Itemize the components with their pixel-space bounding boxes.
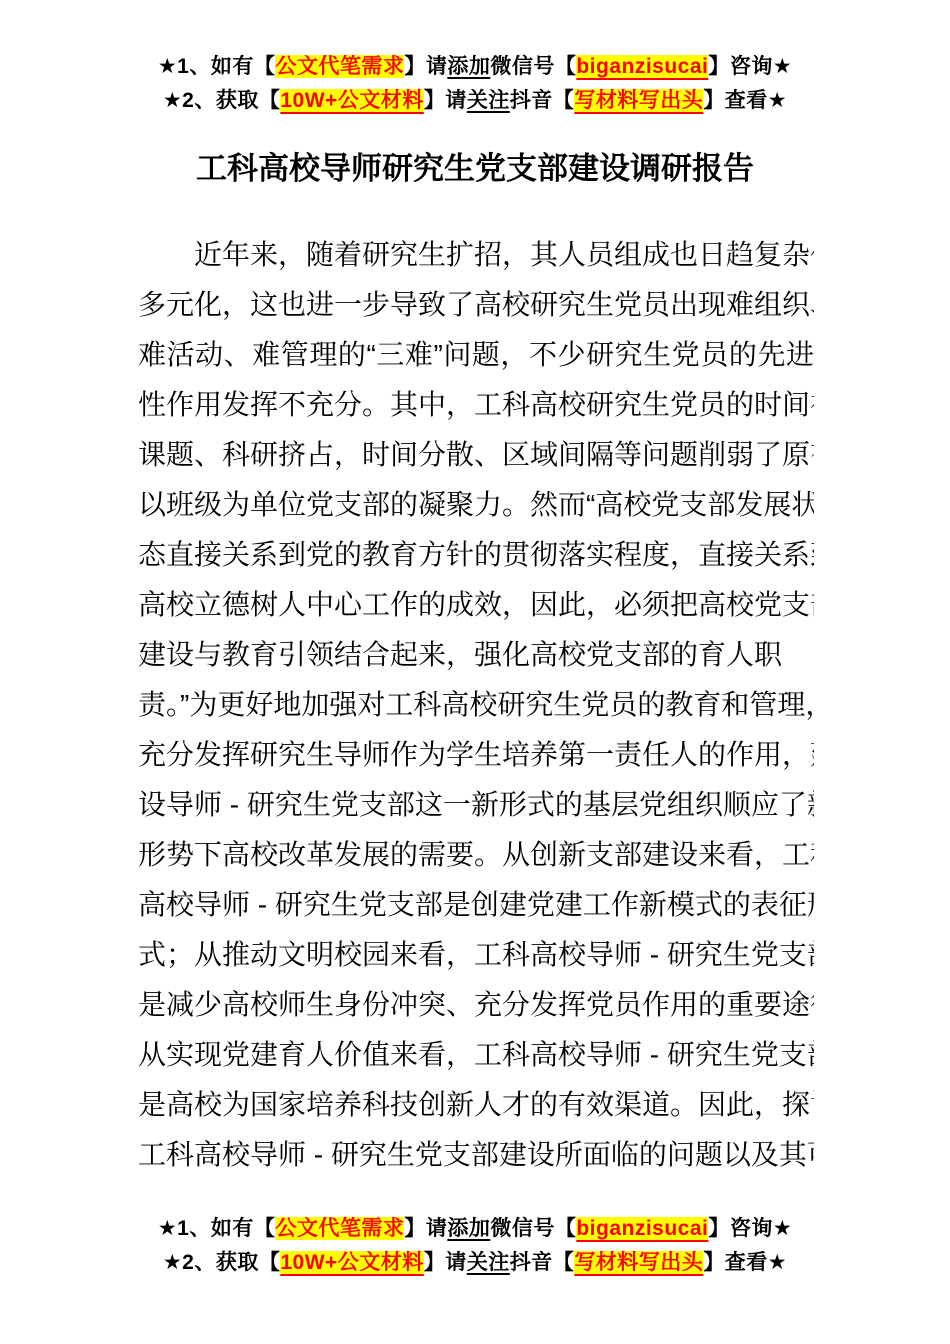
promo-text: 】咨询★ (708, 55, 792, 78)
promo-text: ★1、如有【 (158, 55, 276, 78)
body-line: 性作用发挥不充分。其中，工科高校研究生党员的时间被 (138, 380, 814, 430)
body-line: 从实现党建育人价值来看，工科高校导师 - 研究生党支部 (138, 1030, 814, 1080)
promo-douyin-id: 写材料写出头 (574, 89, 703, 112)
promo-highlight-text: 公文代笔需求 (275, 1217, 404, 1240)
body-line: 形势下高校改革发展的需要。从创新支部建设来看，工科 (138, 830, 814, 880)
header-promo: ★1、如有【公文代笔需求】请添加微信号【biganzisucai】咨询★ ★2、… (0, 0, 950, 118)
body-line: 设导师 - 研究生党支部这一新形式的基层党组织顺应了新 (138, 780, 814, 830)
footer-promo-line-2: ★2、获取【10W+公文材料】请关注抖音【写材料写出头】查看★ (0, 1246, 950, 1280)
footer-promo-line-1: ★1、如有【公文代笔需求】请添加微信号【biganzisucai】咨询★ (0, 1212, 950, 1246)
promo-wechat-id: biganzisucai (576, 55, 708, 78)
promo-text: ★1、如有【 (158, 1217, 276, 1240)
body-line: 高校导师 - 研究生党支部是创建党建工作新模式的表征形 (138, 880, 814, 930)
body-line: 责。”为更好地加强对工科高校研究生党员的教育和管理， (138, 680, 814, 730)
body-line: 工科高校导师 - 研究生党支部建设所面临的问题以及其可 (138, 1130, 814, 1180)
document-body: 近年来，随着研究生扩招，其人员组成也日趋复杂化、 多元化，这也进一步导致了高校研… (138, 230, 814, 1180)
promo-text: 】请 (404, 55, 447, 78)
header-promo-line-2: ★2、获取【10W+公文材料】请关注抖音【写材料写出头】查看★ (0, 84, 950, 118)
body-line: 态直接关系到党的教育方针的贯彻落实程度，直接关系到 (138, 530, 814, 580)
promo-wechat-id: biganzisucai (576, 1217, 708, 1240)
promo-highlight-text: 10W+公文材料 (280, 89, 423, 112)
promo-douyin-id: 写材料写出头 (574, 1251, 703, 1274)
promo-text: 】请 (404, 1217, 447, 1240)
promo-text: 】请 (424, 1251, 467, 1274)
body-line: 难活动、难管理的“三难”问题，不少研究生党员的先进 (138, 330, 814, 380)
promo-underline-text: 关注 (467, 89, 510, 112)
header-promo-line-1: ★1、如有【公文代笔需求】请添加微信号【biganzisucai】咨询★ (0, 50, 950, 84)
body-line: 是高校为国家培养科技创新人才的有效渠道。因此，探讨 (138, 1080, 814, 1130)
body-line: 建设与教育引领结合起来，强化高校党支部的育人职 (138, 630, 814, 680)
promo-text: 微信号【 (490, 1217, 576, 1240)
body-line: 近年来，随着研究生扩招，其人员组成也日趋复杂化、 (138, 230, 814, 280)
promo-underline-text: 添加 (447, 55, 490, 78)
promo-underline-text: 添加 (447, 1217, 490, 1240)
promo-text: ★2、获取【 (163, 1251, 281, 1274)
promo-highlight-text: 公文代笔需求 (275, 55, 404, 78)
promo-text: 抖音【 (510, 1251, 575, 1274)
promo-text: 】咨询★ (708, 1217, 792, 1240)
promo-text: 】查看★ (703, 89, 787, 112)
body-line: 式；从推动文明校园来看，工科高校导师 - 研究生党支部 (138, 930, 814, 980)
body-line: 多元化，这也进一步导致了高校研究生党员出现难组织、 (138, 280, 814, 330)
promo-text: 】请 (424, 89, 467, 112)
document-title: 工科高校导师研究生党支部建设调研报告 (0, 148, 950, 190)
body-line: 是减少高校师生身份冲突、充分发挥党员作用的重要途径； (138, 980, 814, 1030)
body-line: 以班级为单位党支部的凝聚力。然而“高校党支部发展状 (138, 480, 814, 530)
footer-promo: ★1、如有【公文代笔需求】请添加微信号【biganzisucai】咨询★ ★2、… (0, 1212, 950, 1280)
promo-highlight-text: 10W+公文材料 (280, 1251, 423, 1274)
promo-text: ★2、获取【 (163, 89, 281, 112)
document-page: ★1、如有【公文代笔需求】请添加微信号【biganzisucai】咨询★ ★2、… (0, 0, 950, 1344)
body-line: 充分发挥研究生导师作为学生培养第一责任人的作用，建 (138, 730, 814, 780)
promo-text: 抖音【 (510, 89, 575, 112)
body-line: 课题、科研挤占，时间分散、区域间隔等问题削弱了原有 (138, 430, 814, 480)
promo-text: 】查看★ (703, 1251, 787, 1274)
promo-underline-text: 关注 (467, 1251, 510, 1274)
body-line: 高校立德树人中心工作的成效，因此，必须把高校党支部 (138, 580, 814, 630)
promo-text: 微信号【 (490, 55, 576, 78)
